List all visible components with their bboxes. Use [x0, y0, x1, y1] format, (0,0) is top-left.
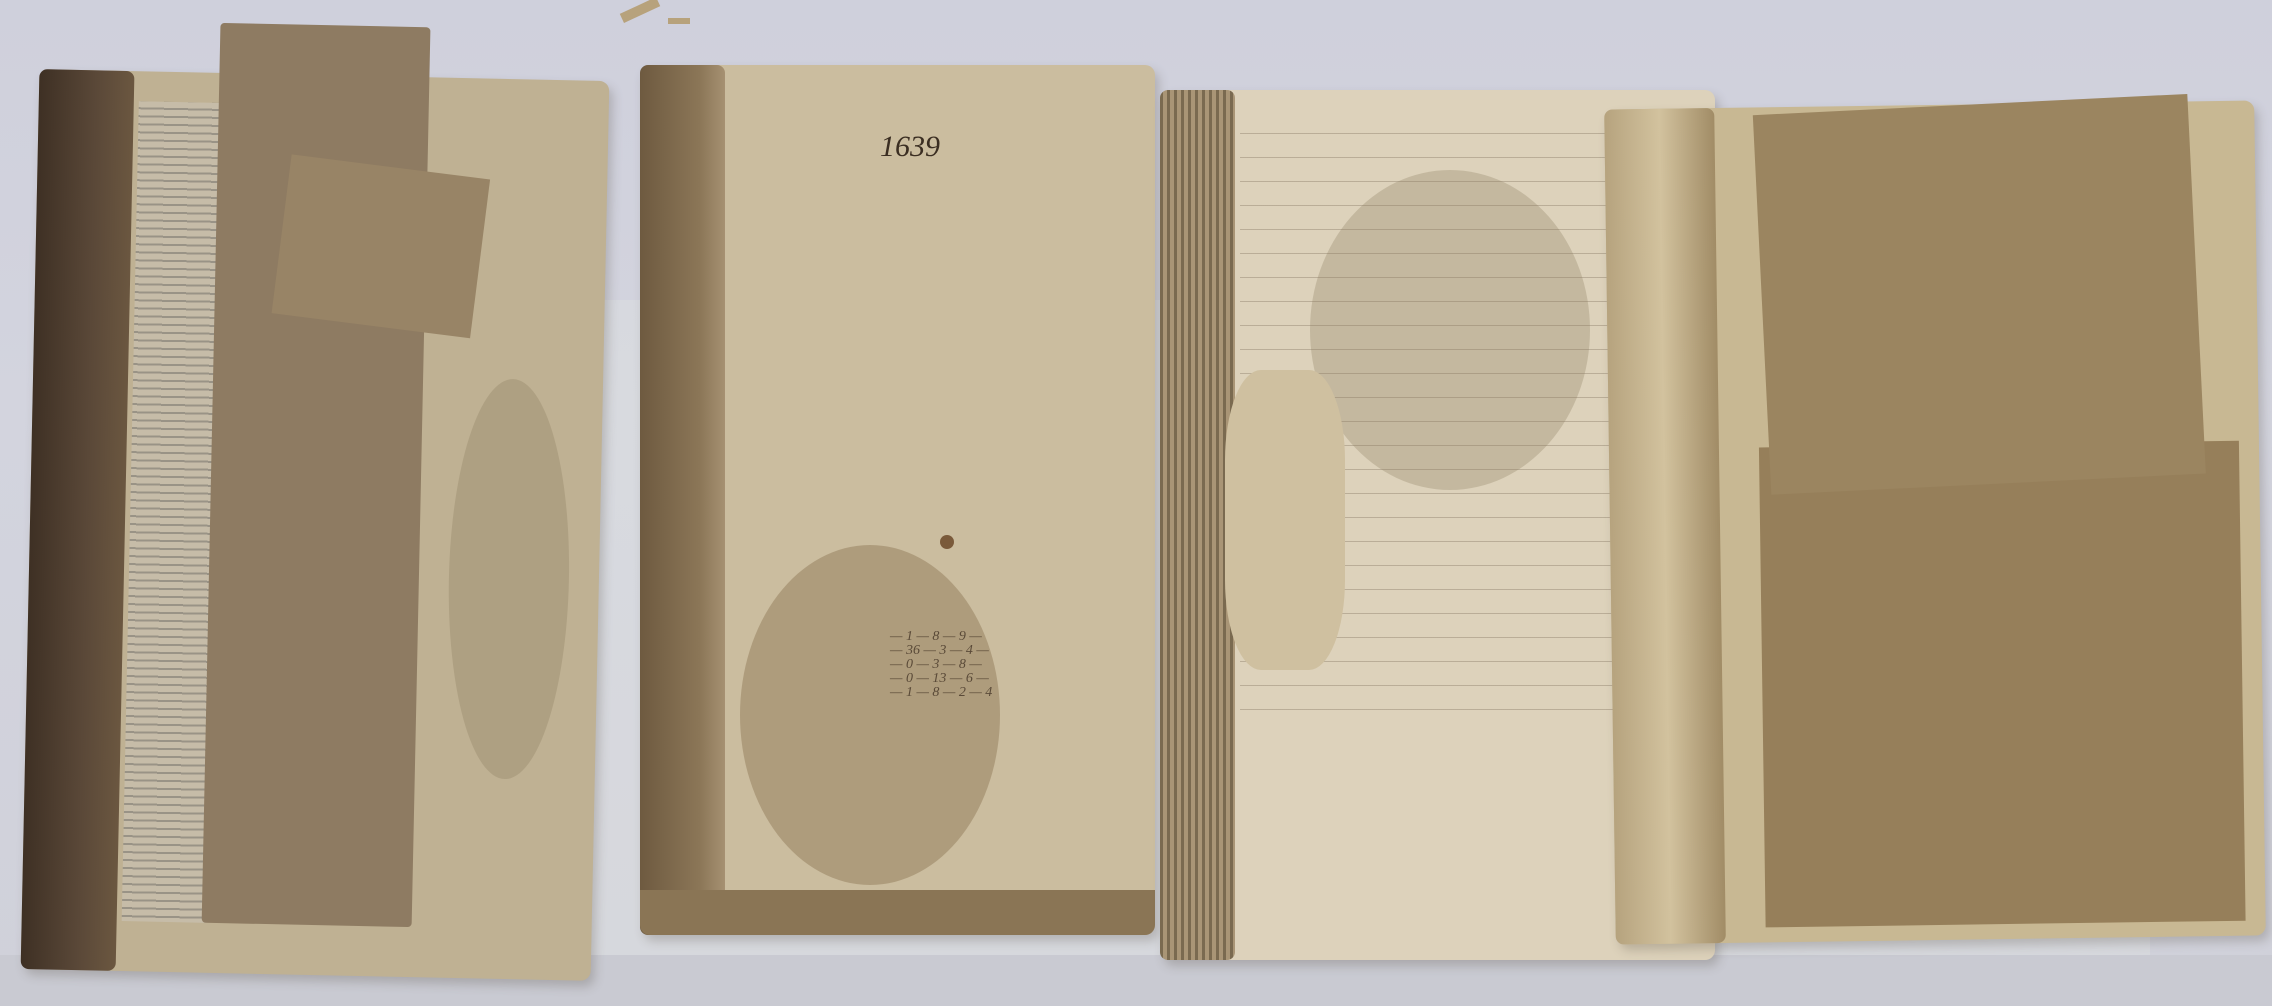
book-4: [1604, 101, 2266, 945]
book-1-wear: [445, 378, 573, 780]
arith-row: — 36 — 3 — 4 —: [890, 644, 992, 658]
book-2-water-stain: [740, 545, 1000, 885]
book-2-year: 1639: [880, 130, 940, 164]
book-4-kraft-wrap: [1759, 441, 2246, 928]
book-2-spine: [640, 65, 725, 935]
book-4-spine: [1604, 108, 1726, 944]
arith-row: — 1 — 8 — 2 — 4: [890, 686, 992, 700]
book-1-kraft-patch: [272, 154, 490, 338]
book-1-spine: [21, 69, 135, 971]
book-2-arithmetic: — 1 — 8 — 9 — — 36 — 3 — 4 — — 0 — 3 — 8…: [890, 630, 992, 700]
book-4-kraft-flap: [1753, 94, 2206, 495]
debris-fragment: [668, 18, 690, 24]
book-2: 1639 — 1 — 8 — 9 — — 36 — 3 — 4 — — 0 — …: [640, 65, 1155, 935]
debris-fragment: [620, 0, 660, 23]
book-2-bottom-edge: [640, 890, 1155, 935]
book-1: [21, 69, 610, 981]
book-2-spot: [940, 535, 954, 549]
book-3-torn-edge: [1225, 370, 1345, 670]
arith-row: — 0 — 13 — 6 —: [890, 672, 992, 686]
book-3-damp-stain: [1310, 170, 1590, 490]
book-3-spine: [1160, 90, 1235, 960]
arith-row: — 0 — 3 — 8 —: [890, 658, 992, 672]
arith-row: — 1 — 8 — 9 —: [890, 630, 992, 644]
